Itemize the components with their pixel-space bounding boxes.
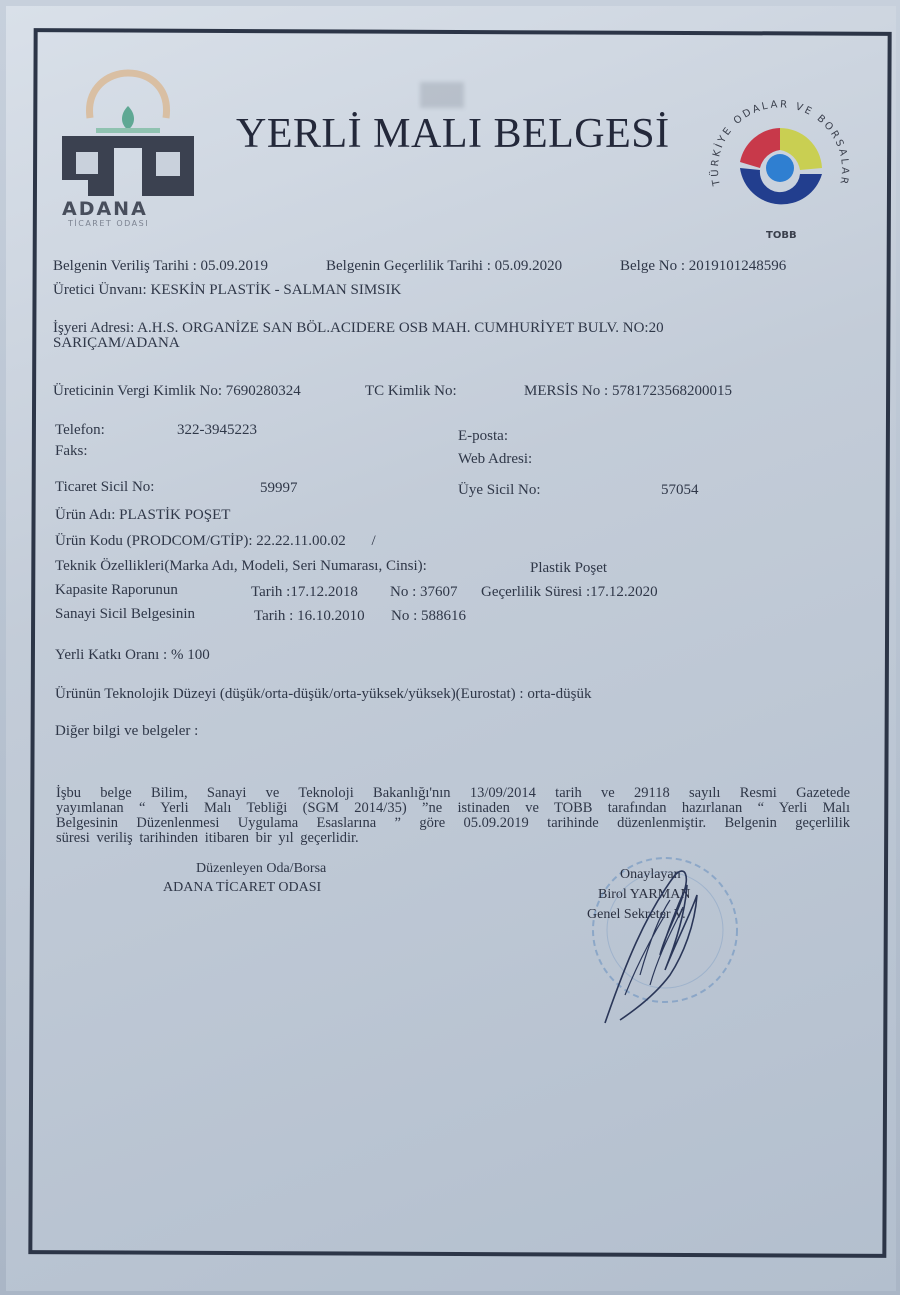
approval-stamp: Onaylayan Birol YARMAN Genel Sekreter V. <box>565 845 765 1035</box>
address-label: İşyeri Adresi: <box>53 320 134 336</box>
phone-label: Telefon: <box>55 422 105 439</box>
product-name: PLASTİK POŞET <box>119 507 230 523</box>
adana-ticaret-odasi-logo: ADANA TİCARET ODASI <box>58 68 198 228</box>
industry-registry-date: Tarih : 16.10.2010 <box>254 608 365 625</box>
producer-title: KESKİN PLASTİK - SALMAN SIMSIK <box>150 282 401 298</box>
member-registry: 57054 <box>661 482 699 499</box>
tc-id-label: TC Kimlik No: <box>365 383 457 399</box>
issue-date-label: Belgenin Veriliş Tarihi : <box>53 258 197 274</box>
issuer-name: ADANA TİCARET ODASI <box>163 880 321 896</box>
statement-line-2: yayımlanan “ Yerli Malı Tebliği (SGM 201… <box>56 801 850 816</box>
statement-line-3: Belgesinin Düzenlenmesi Uygulama Esaslar… <box>56 816 850 831</box>
issue-date: 05.09.2019 <box>201 258 269 274</box>
address-line1: A.H.S. ORGANİZE SAN BÖL.ACIDERE OSB MAH.… <box>137 320 663 336</box>
local-ratio-label: Yerli Katkı Oranı : <box>55 647 167 663</box>
member-registry-label: Üye Sicil No: <box>458 482 541 499</box>
product-code: 22.22.11.00.02 <box>256 533 345 549</box>
trade-registry: 59997 <box>260 480 298 497</box>
web-label: Web Adresi: <box>458 451 532 468</box>
statement-line-1: İşbu belge Bilim, Sanayi ve Teknoloji Ba… <box>56 786 850 801</box>
industry-registry-label: Sanayi Sicil Belgesinin <box>55 606 195 623</box>
doc-no-label: Belge No : <box>620 258 685 274</box>
statement-line-4: süresi veriliş tarihinden itibaren bir y… <box>56 831 850 846</box>
mersis-label: MERSİS No : <box>524 383 608 399</box>
mersis: 5781723568200015 <box>612 383 732 399</box>
validity-date: 05.09.2020 <box>495 258 563 274</box>
product-code-label: Ürün Kodu (PRODCOM/GTİP): <box>55 533 253 549</box>
tech-specs-value: Plastik Poşet <box>530 560 607 577</box>
trade-registry-label: Ticaret Sicil No: <box>55 479 154 496</box>
capacity-report-validity: Geçerlilik Süresi :17.12.2020 <box>481 584 658 601</box>
tobb-emblem-icon: TÜRKİYE ODALAR VE BORSALAR BİRLİĞİ TOBB <box>700 90 860 250</box>
capacity-report-no: No : 37607 <box>390 584 458 601</box>
product-name-label: Ürün Adı: <box>55 507 115 523</box>
validity-date-label: Belgenin Geçerlilik Tarihi : <box>326 258 491 274</box>
signature-icon <box>565 845 765 1035</box>
industry-registry-no: No : 588616 <box>391 608 466 625</box>
redacted-mark <box>420 82 464 108</box>
email-label: E-posta: <box>458 428 508 445</box>
tech-level-label: Ürünün Teknolojik Düzeyi (düşük/orta-düş… <box>55 686 524 702</box>
logo-name: ADANA <box>62 198 148 220</box>
local-ratio: % 100 <box>171 647 210 663</box>
other-docs-label: Diğer bilgi ve belgeler : <box>55 723 198 740</box>
tech-level: orta-düşük <box>527 686 591 702</box>
product-code-separator: / <box>371 533 375 549</box>
phone: 322-3945223 <box>177 422 257 439</box>
logo-subtitle: TİCARET ODASI <box>68 219 149 228</box>
fax-label: Faks: <box>55 443 88 460</box>
document-title: YERLİ MALI BELGESİ <box>236 110 670 158</box>
issuer-label: Düzenleyen Oda/Borsa <box>196 861 326 877</box>
capacity-report-date: Tarih :17.12.2018 <box>251 584 358 601</box>
tax-id: 7690280324 <box>226 383 301 399</box>
tech-specs-label: Teknik Özellikleri(Marka Adı, Modeli, Se… <box>55 558 427 575</box>
producer-title-label: Üretici Ünvanı: <box>53 282 147 298</box>
address-line2: SARIÇAM/ADANA <box>53 335 180 352</box>
legal-statement: İşbu belge Bilim, Sanayi ve Teknoloji Ba… <box>56 786 850 846</box>
capacity-report-label: Kapasite Raporunun <box>55 582 178 599</box>
tax-id-label: Üreticinin Vergi Kimlik No: <box>53 383 222 399</box>
tobb-logo: TÜRKİYE ODALAR VE BORSALAR BİRLİĞİ TOBB <box>700 90 860 250</box>
tobb-acronym: TOBB <box>766 230 797 241</box>
doc-no: 2019101248596 <box>689 258 787 274</box>
